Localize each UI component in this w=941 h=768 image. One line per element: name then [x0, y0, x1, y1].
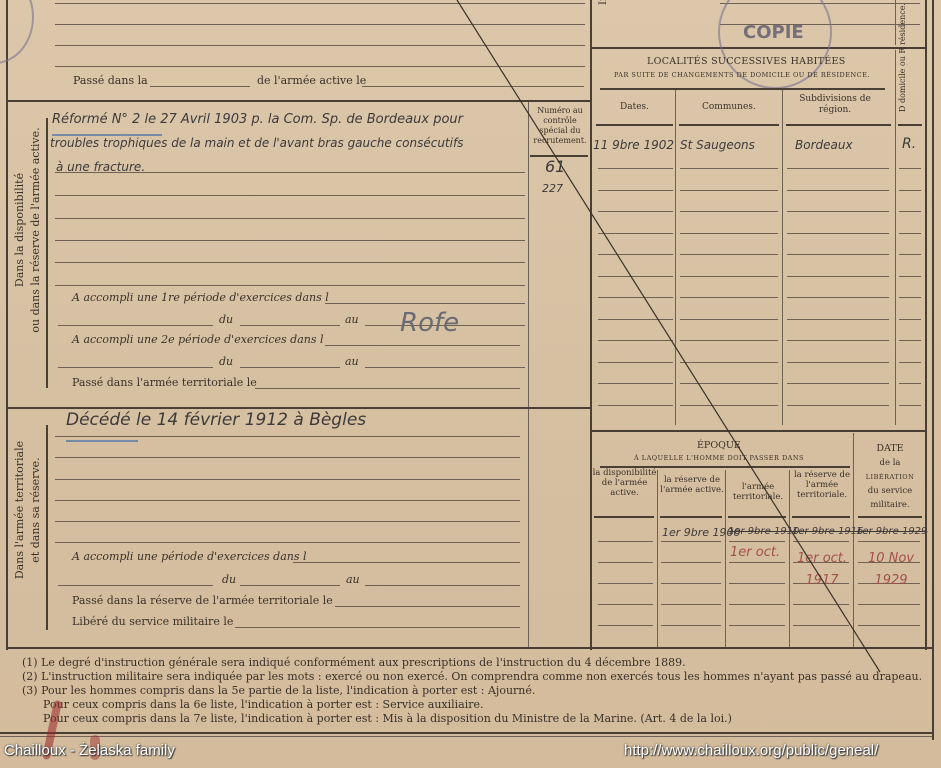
footnote-1: (1) Le degré d'instruction générale sera… [22, 656, 686, 669]
watermark-url[interactable]: http://www.chailloux.org/public/geneal/ [624, 742, 878, 759]
watermark-family-name: Chailloux - Żelaska family [4, 742, 175, 759]
footnote-3c: Pour ceux compris dans la 7e liste, l'in… [43, 712, 732, 725]
military-register-page: Passé dans la de l'armée active le Dans … [0, 0, 941, 768]
cancellation-diagonal-line [0, 0, 941, 768]
footnote-3: (3) Pour les hommes compris dans la 5e p… [22, 684, 535, 697]
footnote-3b: Pour ceux compris dans la 6e liste, l'in… [43, 698, 484, 711]
footnote-2: (2) L'instruction militaire sera indiqué… [22, 670, 922, 683]
